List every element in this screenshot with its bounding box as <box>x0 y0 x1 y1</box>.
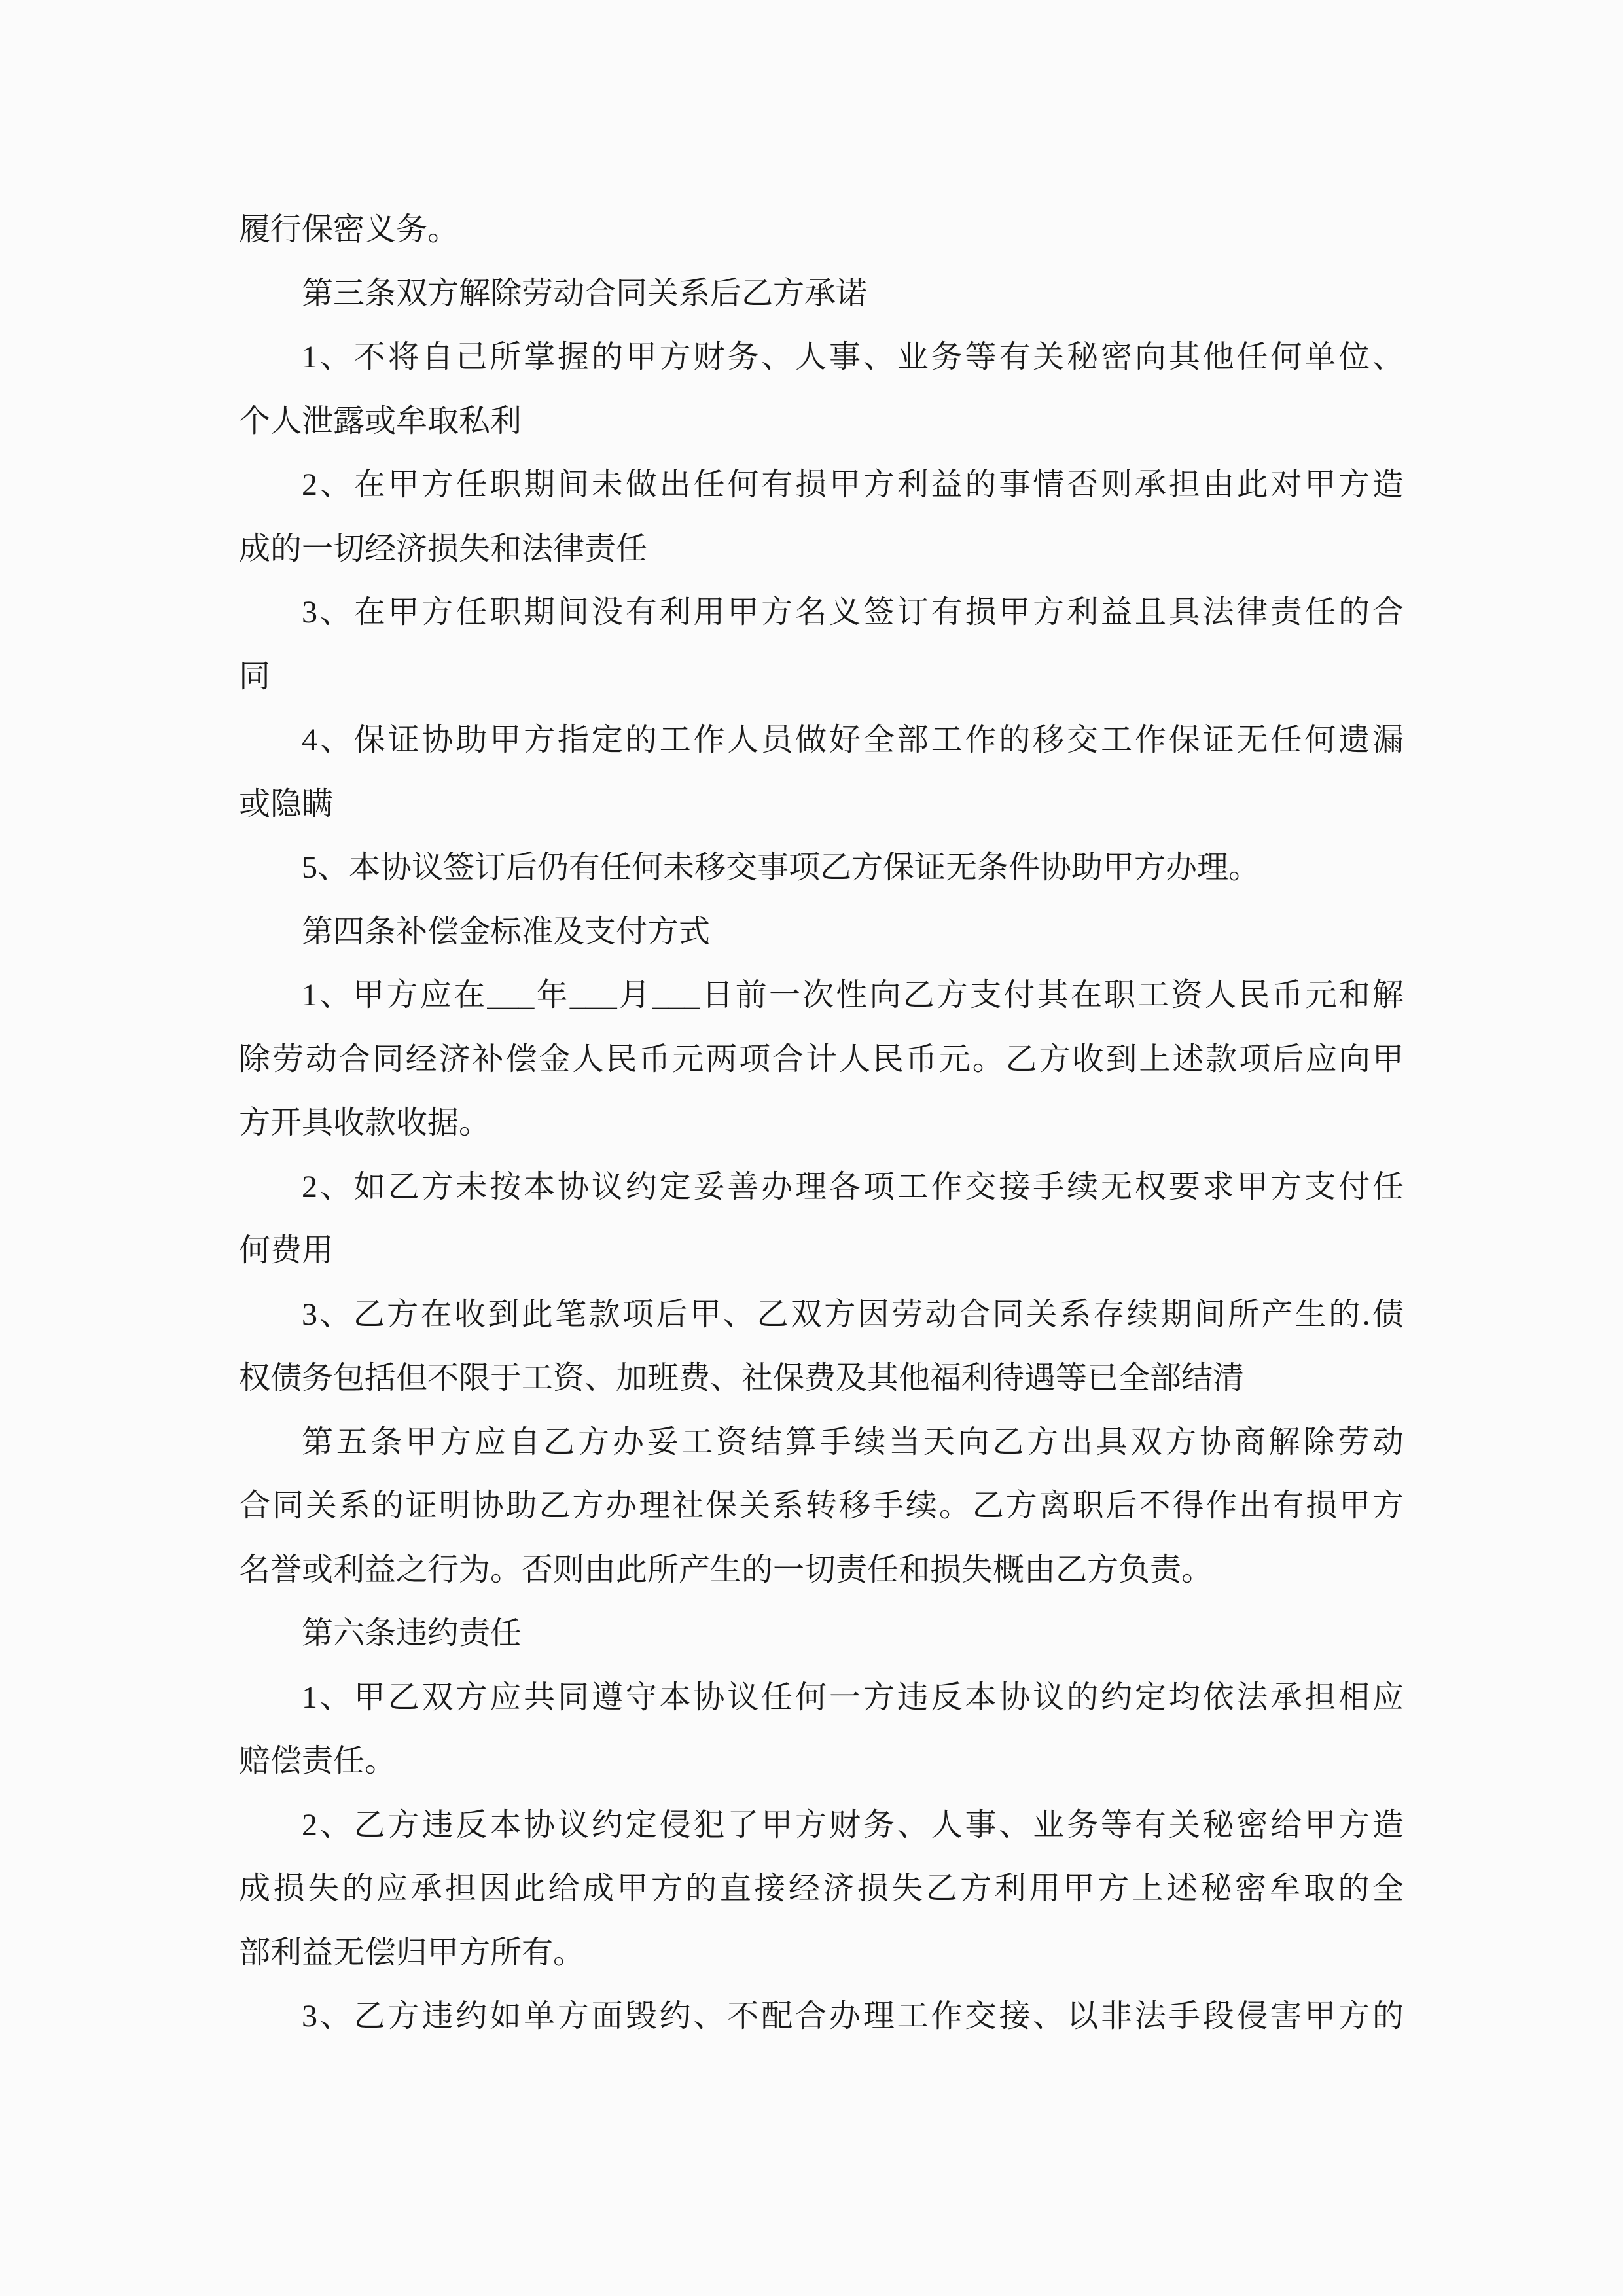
text-line: 何费用 <box>239 1219 1404 1283</box>
document-page: 履行保密义务。第三条双方解除劳动合同关系后乙方承诺1、不将自己所掌握的甲方财务、… <box>0 0 1623 2296</box>
paragraph: 第五条甲方应自乙方办妥工资结算手续当天向乙方出具双方协商解除劳动合同关系的证明协… <box>239 1410 1404 1602</box>
text-line: 或隐瞒 <box>239 772 1404 836</box>
text-line: 部利益无偿归甲方所有。 <box>239 1921 1404 1985</box>
text-line: 成的一切经济损失和法律责任 <box>239 517 1404 581</box>
text-line: 方开具收款收据。 <box>239 1091 1404 1155</box>
paragraph: 履行保密义务。 <box>239 198 1404 262</box>
paragraph: 2、如乙方未按本协议约定妥善办理各项工作交接手续无权要求甲方支付任何费用 <box>239 1155 1404 1283</box>
text-line: 2、乙方违反本协议约定侵犯了甲方财务、人事、业务等有关秘密给甲方造 <box>239 1793 1404 1857</box>
paragraph: 1、不将自己所掌握的甲方财务、人事、业务等有关秘密向其他任何单位、个人泄露或牟取… <box>239 325 1404 453</box>
text-line: 除劳动合同经济补偿金人民币元两项合计人民币元。乙方收到上述款项后应向甲 <box>239 1028 1404 1092</box>
text-line: 权债务包括但不限于工资、加班费、社保费及其他福利待遇等已全部结清 <box>239 1346 1404 1410</box>
paragraph: 3、乙方违约如单方面毁约、不配合办理工作交接、以非法手段侵害甲方的 <box>239 1984 1404 2049</box>
text-line: 2、如乙方未按本协议约定妥善办理各项工作交接手续无权要求甲方支付任 <box>239 1155 1404 1219</box>
paragraph: 第六条违约责任 <box>239 1602 1404 1666</box>
text-line: 个人泄露或牟取私利 <box>239 389 1404 454</box>
paragraph: 第三条双方解除劳动合同关系后乙方承诺 <box>239 262 1404 326</box>
contract-text: 履行保密义务。第三条双方解除劳动合同关系后乙方承诺1、不将自己所掌握的甲方财务、… <box>239 198 1404 2049</box>
text-line: 1、甲乙双方应共同遵守本协议任何一方违反本协议的约定均依法承担相应 <box>239 1666 1404 1730</box>
text-line: 名誉或利益之行为。否则由此所产生的一切责任和损失概由乙方负责。 <box>239 1538 1404 1602</box>
text-line: 赔偿责任。 <box>239 1729 1404 1793</box>
paragraph: 3、在甲方任职期间没有利用甲方名义签订有损甲方利益且具法律责任的合同 <box>239 581 1404 708</box>
text-line: 4、保证协助甲方指定的工作人员做好全部工作的移交工作保证无任何遗漏 <box>239 708 1404 772</box>
paragraph: 1、甲方应在___年___月___日前一次性向乙方支付其在职工资人民币元和解除劳… <box>239 963 1404 1155</box>
text-line: 第四条补偿金标准及支付方式 <box>239 900 1404 964</box>
paragraph: 第四条补偿金标准及支付方式 <box>239 900 1404 964</box>
text-line: 1、不将自己所掌握的甲方财务、人事、业务等有关秘密向其他任何单位、 <box>239 325 1404 389</box>
text-line: 合同关系的证明协助乙方办理社保关系转移手续。乙方离职后不得作出有损甲方 <box>239 1474 1404 1538</box>
text-line: 第五条甲方应自乙方办妥工资结算手续当天向乙方出具双方协商解除劳动 <box>239 1410 1404 1475</box>
text-line: 第三条双方解除劳动合同关系后乙方承诺 <box>239 262 1404 326</box>
text-line: 2、在甲方任职期间未做出任何有损甲方利益的事情否则承担由此对甲方造 <box>239 453 1404 517</box>
text-line: 履行保密义务。 <box>239 198 1404 262</box>
text-line: 3、乙方违约如单方面毁约、不配合办理工作交接、以非法手段侵害甲方的 <box>239 1984 1404 2049</box>
paragraph: 1、甲乙双方应共同遵守本协议任何一方违反本协议的约定均依法承担相应赔偿责任。 <box>239 1666 1404 1793</box>
paragraph: 2、在甲方任职期间未做出任何有损甲方利益的事情否则承担由此对甲方造成的一切经济损… <box>239 453 1404 581</box>
text-line: 3、乙方在收到此笔款项后甲、乙双方因劳动合同关系存续期间所产生的.债 <box>239 1283 1404 1347</box>
text-line: 第六条违约责任 <box>239 1602 1404 1666</box>
text-line: 1、甲方应在___年___月___日前一次性向乙方支付其在职工资人民币元和解 <box>239 963 1404 1028</box>
text-line: 成损失的应承担因此给成甲方的直接经济损失乙方利用甲方上述秘密牟取的全 <box>239 1857 1404 1921</box>
paragraph: 4、保证协助甲方指定的工作人员做好全部工作的移交工作保证无任何遗漏或隐瞒 <box>239 708 1404 836</box>
paragraph: 5、本协议签订后仍有任何未移交事项乙方保证无条件协助甲方办理。 <box>239 836 1404 900</box>
text-line: 同 <box>239 645 1404 709</box>
text-line: 5、本协议签订后仍有任何未移交事项乙方保证无条件协助甲方办理。 <box>239 836 1404 900</box>
paragraph: 3、乙方在收到此笔款项后甲、乙双方因劳动合同关系存续期间所产生的.债权债务包括但… <box>239 1283 1404 1410</box>
paragraph: 2、乙方违反本协议约定侵犯了甲方财务、人事、业务等有关秘密给甲方造成损失的应承担… <box>239 1793 1404 1985</box>
text-line: 3、在甲方任职期间没有利用甲方名义签订有损甲方利益且具法律责任的合 <box>239 581 1404 645</box>
